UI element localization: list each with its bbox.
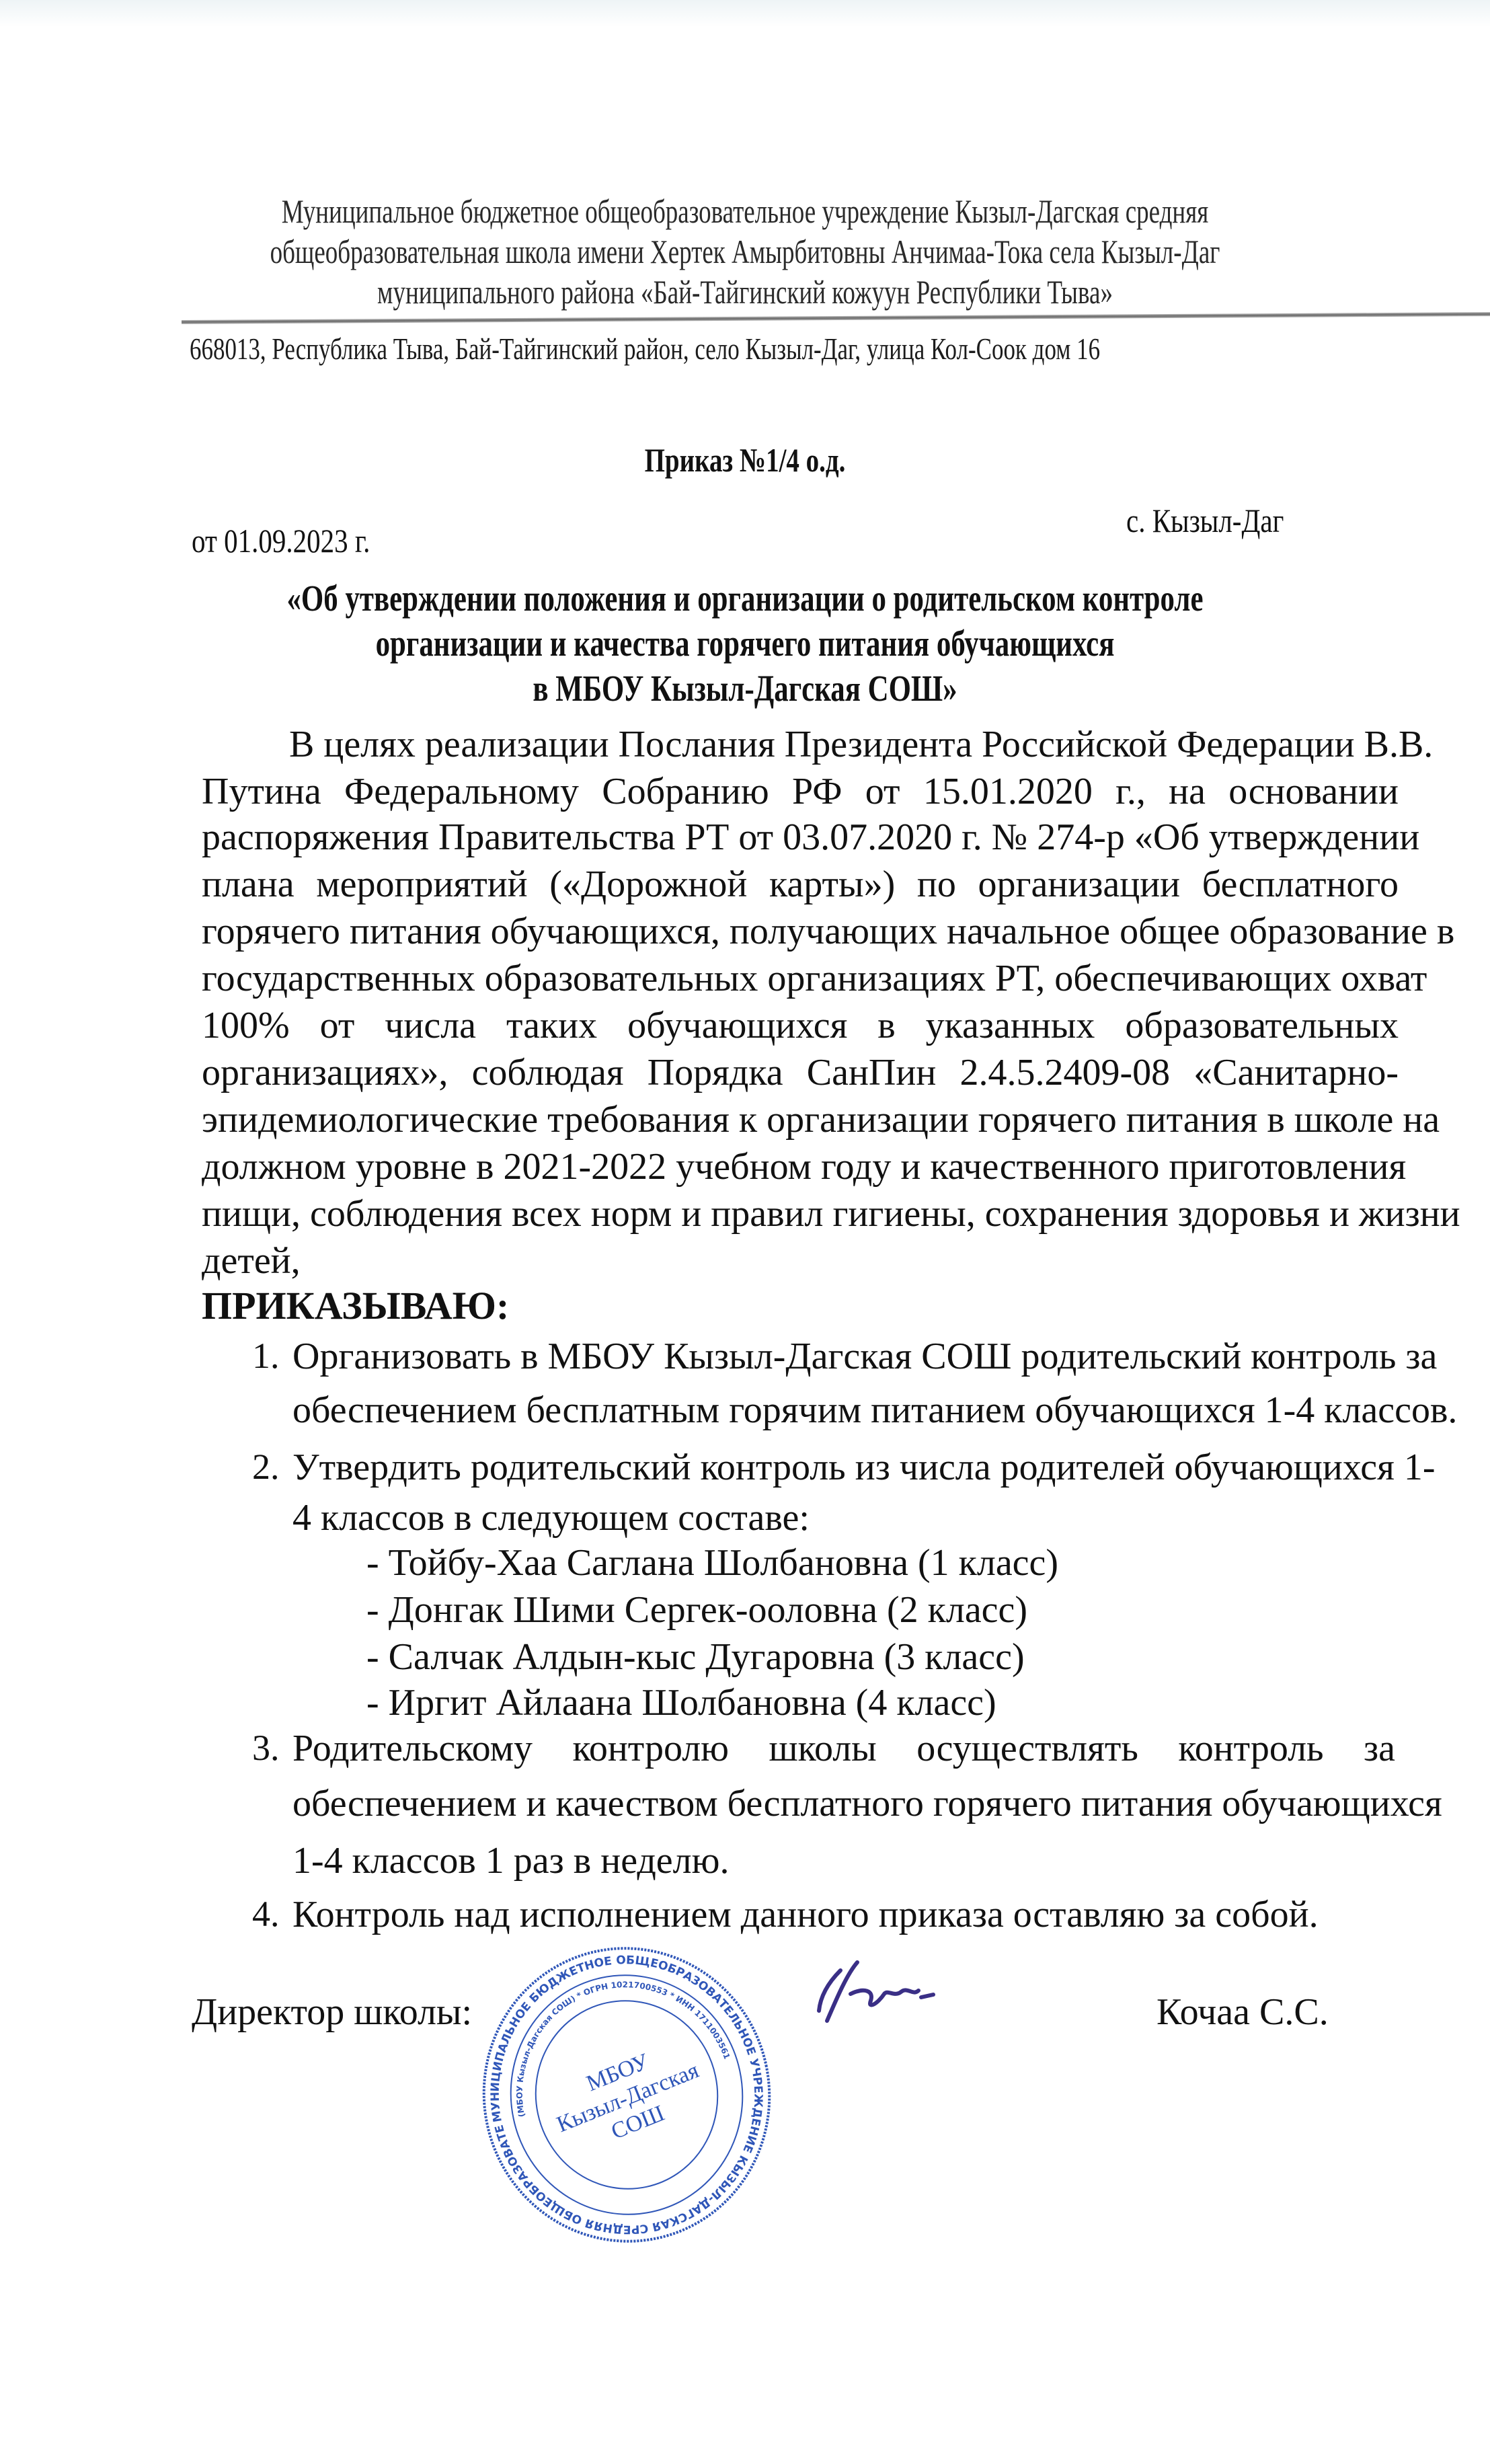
item-line: Контроль над исполнением данного приказа…	[292, 1893, 1489, 1936]
letterhead-address: 668013, Республика Тыва, Бай-Тайгинский …	[190, 331, 1100, 367]
item-line: 1-4 классов 1 раз в неделю.	[292, 1839, 1489, 1882]
school-stamp-icon: МУНИЦИПАЛЬНОЕ БЮДЖЕТНОЕ ОБЩЕОБРАЗОВАТЕЛЬ…	[479, 1943, 775, 2246]
preamble-line: эпидемиологические требования к организа…	[202, 1098, 1399, 1141]
orders-label: ПРИКАЗЫВАЮ:	[202, 1283, 1399, 1328]
preamble-line: горячего питания обучающихся, получающих…	[202, 910, 1399, 953]
heading-line-2: организации и качества горячего питания …	[164, 622, 1326, 664]
committee-member: - Салчак Алдын-кыс Дугаровна (3 класс)	[366, 1635, 1490, 1679]
scan-edge	[0, 0, 1490, 27]
order-title: Приказ №1/4 о.д.	[164, 440, 1326, 479]
committee-member: - Иргит Айлаана Шолбановна (4 класс)	[366, 1681, 1490, 1724]
item-number: 4.	[252, 1893, 280, 1935]
letterhead-line-2: общеобразовательная школа имени Хертек А…	[194, 232, 1296, 271]
item-number: 3.	[252, 1727, 280, 1769]
committee-member: - Донгак Шими Сергек-ооловна (2 класс)	[366, 1588, 1490, 1631]
letterhead-line-1: Муниципальное бюджетное общеобразователь…	[194, 192, 1296, 231]
preamble-line: должном уровне в 2021-2022 учебном году …	[202, 1145, 1399, 1188]
item-line: Утвердить родительский контроль из числа…	[292, 1446, 1395, 1489]
heading-line-3: в МБОУ Кызыл-Дагская СОШ»	[164, 667, 1326, 709]
preamble-line: распоряжения Правительства РТ от 03.07.2…	[202, 816, 1399, 859]
preamble-line: государственных образовательных организа…	[202, 957, 1399, 1000]
letterhead-divider	[182, 312, 1490, 324]
item-line: 4 классов в следующем составе:	[292, 1496, 1489, 1539]
preamble-line: плана мероприятий («Дорожной карты») по …	[202, 863, 1399, 906]
item-line: Родительскому контролю школы осуществлят…	[292, 1727, 1395, 1770]
preamble-line: Путина Федеральному Собранию РФ от 15.01…	[202, 770, 1399, 813]
handwritten-signature-icon	[800, 1957, 955, 2031]
item-line: обеспечением бесплатным горячим питанием…	[292, 1389, 1489, 1432]
order-place: с. Кызыл-Даг	[1126, 501, 1284, 540]
preamble-line: детей,	[202, 1239, 1399, 1282]
signatory-name: Кочаа С.С.	[1156, 1991, 1490, 2034]
order-date: от 01.09.2023 г.	[192, 521, 370, 560]
item-line: обеспечением и качеством бесплатного гор…	[292, 1782, 1395, 1825]
committee-member: - Тойбу-Хаа Саглана Шолбановна (1 класс)	[366, 1541, 1490, 1584]
heading-line-1: «Об утверждении положения и организации …	[164, 577, 1326, 619]
preamble-line: 100% от числа таких обучающихся в указан…	[202, 1004, 1399, 1047]
preamble-line: пищи, соблюдения всех норм и правил гиги…	[202, 1192, 1399, 1235]
item-line: Организовать в МБОУ Кызыл-Дагская СОШ ро…	[292, 1335, 1395, 1378]
preamble-line: В целях реализации Послания Президента Р…	[289, 723, 1399, 766]
preamble-line: организациях», соблюдая Порядка СанПин 2…	[202, 1051, 1399, 1094]
item-number: 2.	[252, 1446, 280, 1488]
item-number: 1.	[252, 1335, 280, 1377]
letterhead-line-3: муниципального района «Бай-Тайгинский ко…	[194, 272, 1296, 311]
